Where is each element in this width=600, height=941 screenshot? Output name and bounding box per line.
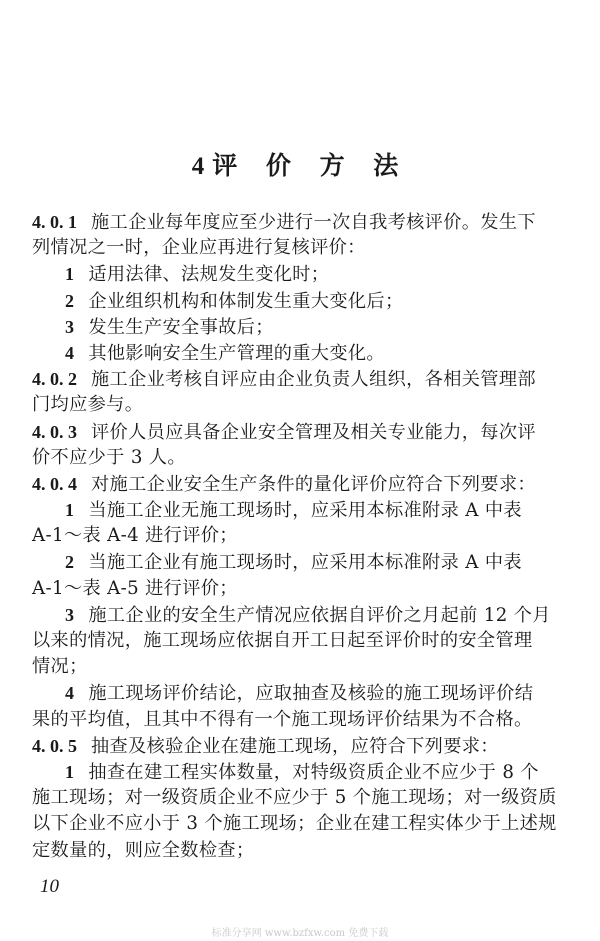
- line-text: 企业组织机构和体制发生重大变化后；: [88, 291, 403, 312]
- line-text: 抽查及核验企业在建施工现场，应符合下列要求：: [91, 736, 499, 757]
- clause-line: 4. 0. 5抽查及核验企业在建施工现场，应符合下列要求：: [32, 733, 548, 759]
- continuation-line: 果的平均值，且其中不得有一个施工现场评价结果为不合格。: [32, 707, 548, 733]
- item-number: 4: [65, 343, 74, 363]
- list-item-line: 2企业组织机构和体制发生重大变化后；: [32, 288, 548, 314]
- chapter-number: 4: [192, 153, 205, 180]
- line-text: 适用法律、法规发生变化时；: [88, 264, 329, 285]
- line-text: A-1～表 A-5 进行评价；: [32, 578, 238, 599]
- line-text: 评价人员应具备企业安全管理及相关专业能力，每次评: [91, 422, 536, 443]
- document-body: 4. 0. 1施工企业每年度应至少进行一次自我考核评价。发生下列情况之一时，企业…: [32, 209, 548, 864]
- line-text: 施工现场；对一级资质企业不应少于 5 个施工现场；对一级资质: [32, 787, 557, 808]
- continuation-line: 情况；: [32, 654, 548, 680]
- item-number: 1: [65, 500, 74, 520]
- line-text: 当施工企业有施工现场时，应采用本标准附录 A 中表: [88, 552, 522, 573]
- continuation-line: A-1～表 A-5 进行评价；: [32, 576, 548, 602]
- line-text: 以下企业不应小于 3 个施工现场；企业在建工程实体少于上述规: [32, 813, 557, 834]
- line-text: 情况；: [32, 656, 88, 677]
- line-text: 施工企业的安全生产情况应依据自评价之月起前 12 个月: [88, 605, 550, 626]
- watermark: 标准分享网 www.bzfxw.com 免费下载: [0, 924, 600, 939]
- continuation-line: 列情况之一时，企业应再进行复核评价：: [32, 235, 548, 261]
- line-text: 列情况之一时，企业应再进行复核评价：: [32, 237, 366, 258]
- line-text: 抽查在建工程实体数量，对特级资质企业不应少于 8 个: [88, 762, 539, 783]
- item-number: 2: [65, 291, 74, 311]
- item-number: 4: [65, 683, 74, 703]
- chapter-title-text: 评 价 方 法: [212, 151, 408, 180]
- clause-number: 4. 0. 4: [32, 474, 77, 494]
- continuation-line: A-1～表 A-4 进行评价；: [32, 523, 548, 549]
- line-text: 施工现场评价结论，应取抽查及核验的施工现场评价结: [88, 683, 533, 704]
- line-text: 以来的情况，施工现场应依据自开工日起至评价时的安全管理: [32, 630, 533, 651]
- line-text: 对施工企业安全生产条件的量化评价应符合下列要求：: [91, 474, 536, 495]
- continuation-line: 以来的情况，施工现场应依据自开工日起至评价时的安全管理: [32, 628, 548, 654]
- item-number: 1: [65, 264, 74, 284]
- continuation-line: 以下企业不应小于 3 个施工现场；企业在建工程实体少于上述规: [32, 811, 548, 837]
- clause-number: 4. 0. 5: [32, 736, 77, 756]
- clause-line: 4. 0. 3评价人员应具备企业安全管理及相关专业能力，每次评: [32, 419, 548, 445]
- item-number: 3: [65, 605, 74, 625]
- line-text: A-1～表 A-4 进行评价；: [32, 525, 238, 546]
- list-item-line: 3发生生产安全事故后；: [32, 314, 548, 340]
- list-item-line: 3施工企业的安全生产情况应依据自评价之月起前 12 个月: [32, 602, 548, 628]
- line-text: 门均应参与。: [32, 394, 143, 415]
- clause-line: 4. 0. 1施工企业每年度应至少进行一次自我考核评价。发生下: [32, 209, 548, 235]
- clause-number: 4. 0. 2: [32, 369, 77, 389]
- page-number: 10: [40, 876, 59, 898]
- continuation-line: 定数量的，则应全数检查；: [32, 838, 548, 864]
- line-text: 施工企业每年度应至少进行一次自我考核评价。发生下: [91, 212, 536, 233]
- continuation-line: 门均应参与。: [32, 392, 548, 418]
- list-item-line: 2当施工企业有施工现场时，应采用本标准附录 A 中表: [32, 549, 548, 575]
- item-number: 1: [65, 762, 74, 782]
- clause-number: 4. 0. 1: [32, 212, 77, 232]
- list-item-line: 4其他影响安全生产管理的重大变化。: [32, 340, 548, 366]
- line-text: 施工企业考核自评应由企业负责人组织，各相关管理部: [91, 369, 536, 390]
- list-item-line: 1适用法律、法规发生变化时；: [32, 261, 548, 287]
- list-item-line: 1当施工企业无施工现场时，应采用本标准附录 A 中表: [32, 497, 548, 523]
- item-number: 3: [65, 317, 74, 337]
- clause-line: 4. 0. 2施工企业考核自评应由企业负责人组织，各相关管理部: [32, 366, 548, 392]
- line-text: 果的平均值，且其中不得有一个施工现场评价结果为不合格。: [32, 709, 533, 730]
- item-number: 2: [65, 552, 74, 572]
- continuation-line: 施工现场；对一级资质企业不应少于 5 个施工现场；对一级资质: [32, 785, 548, 811]
- clause-line: 4. 0. 4对施工企业安全生产条件的量化评价应符合下列要求：: [32, 471, 548, 497]
- list-item-line: 1抽查在建工程实体数量，对特级资质企业不应少于 8 个: [32, 759, 548, 785]
- chapter-title: 4评 价 方 法: [0, 146, 600, 182]
- line-text: 当施工企业无施工现场时，应采用本标准附录 A 中表: [88, 500, 522, 521]
- clause-number: 4. 0. 3: [32, 422, 77, 442]
- line-text: 发生生产安全事故后；: [88, 317, 273, 338]
- line-text: 价不应少于 3 人。: [32, 447, 186, 468]
- line-text: 其他影响安全生产管理的重大变化。: [88, 343, 385, 364]
- line-text: 定数量的，则应全数检查；: [32, 840, 254, 861]
- continuation-line: 价不应少于 3 人。: [32, 445, 548, 471]
- list-item-line: 4施工现场评价结论，应取抽查及核验的施工现场评价结: [32, 680, 548, 706]
